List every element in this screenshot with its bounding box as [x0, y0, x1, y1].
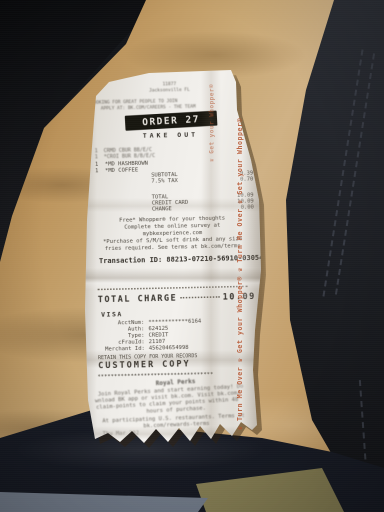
total-charge-row: TOTAL CHARGE 10.09 — [98, 291, 256, 304]
card-value: 456204654998 — [149, 344, 189, 351]
item-qty: 1 — [95, 154, 98, 160]
hiring-line-2: APPLY AT: BK.COM/CAREERS - THE TEAM — [101, 105, 196, 111]
item-qty: 1 — [95, 148, 98, 154]
total-label: CHANGE — [152, 205, 172, 212]
card-brand: VISA — [101, 311, 123, 318]
total-label: 7.5% TAX — [151, 177, 178, 184]
item-name: *CROI BUR B/B/E/C — [104, 153, 155, 160]
item-name: *MD COFFEE — [105, 166, 138, 173]
photo-of-receipt-on-lap: 11877 Jacksonville FL LOOKING FOR GREAT … — [0, 0, 384, 512]
item-line: 1 *MD COFFEE — [95, 167, 138, 173]
card-label: Merchant Id: — [97, 345, 145, 353]
dotted-divider — [98, 286, 248, 291]
service-mode: TAKE OUT — [84, 130, 256, 140]
dotted-leader — [180, 292, 220, 298]
item-qty: 1 — [95, 167, 98, 174]
side-promo-text: ♛ Turn Me Over ♛ Get your Whopper® ♛ Tur… — [236, 293, 244, 431]
order-number-banner: ORDER 27 — [125, 111, 218, 131]
customer-copy-label: CUSTOMER COPY — [98, 360, 191, 370]
total-charge-label: TOTAL CHARGE — [98, 293, 178, 305]
card-merchant-row: Merchant Id:456204654998 — [97, 344, 189, 352]
side-promo-text-top: ♛ Get your Whopper® — [208, 117, 215, 162]
